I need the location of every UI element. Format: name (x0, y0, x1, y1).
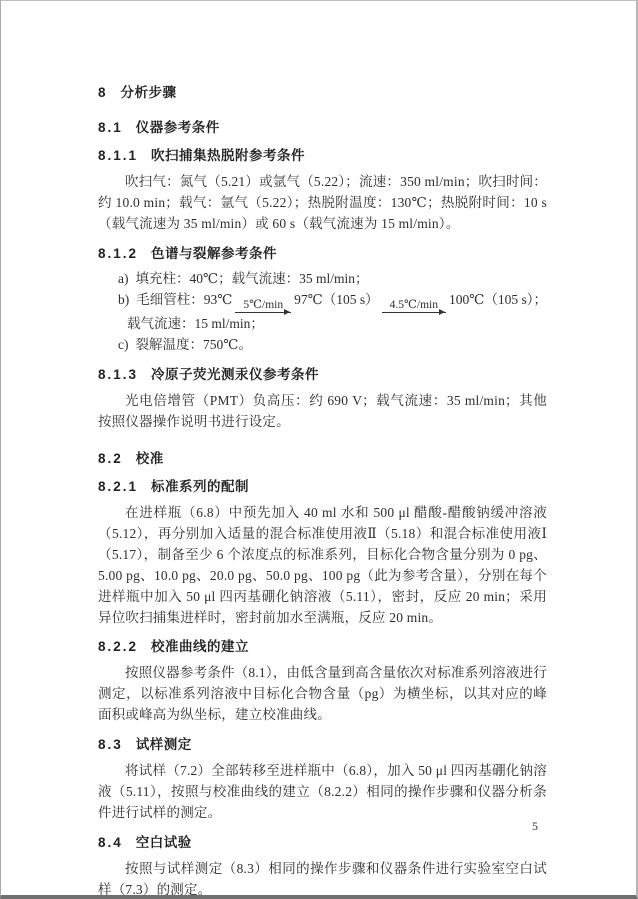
heading-number: 8.2 (98, 451, 123, 466)
heading-title: 冷原子荧光测汞仪参考条件 (151, 367, 319, 382)
list-item-text: 裂解温度：750℃。 (136, 337, 252, 352)
heading-number: 8.4 (98, 835, 123, 850)
temp-ramp-rate: 5℃/min (235, 299, 291, 312)
paragraph-8-3: 将试样（7.2）全部转移至进样瓶中（6.8），加入 50 μl 四丙基硼化钠溶液… (98, 760, 547, 823)
paragraph-8-2-2: 按照仪器参考条件（8.1），由低含量到高含量依次对标准系列溶液进行测定，以标准系… (98, 662, 547, 725)
heading-number: 8.1.2 (98, 246, 138, 261)
paragraph-8-1-3: 光电倍增管（PMT）负高压：约 690 V；载气流速：35 ml/min；其他按… (98, 390, 547, 432)
heading-title: 分析步骤 (121, 85, 177, 100)
section-heading-8-3: 8.3试样测定 (98, 737, 547, 753)
list-item-c: c)裂解温度：750℃。 (98, 334, 547, 355)
section-heading-8-2-1: 8.2.1标准系列的配制 (98, 479, 547, 495)
temp-ramp-1: 5℃/min (235, 299, 291, 313)
list-marker: a) (118, 271, 129, 286)
list-item-a: a)填充柱：40℃；载气流速：35 ml/min； (98, 268, 547, 289)
section-heading-8-2-2: 8.2.2校准曲线的建立 (98, 639, 547, 655)
list-item-text: 97℃（105 s） (294, 292, 379, 307)
right-arrow-icon (235, 312, 291, 313)
heading-number: 8.3 (98, 737, 123, 752)
section-heading-8-4: 8.4空白试验 (98, 835, 547, 851)
heading-title: 空白试验 (136, 835, 192, 850)
section-heading-8-2: 8.2校准 (98, 451, 547, 467)
heading-title: 吹扫捕集热脱附参考条件 (151, 148, 305, 163)
heading-number: 8.1.1 (98, 148, 138, 163)
temp-ramp-2: 4.5℃/min (382, 299, 446, 313)
heading-title: 校准 (136, 451, 164, 466)
temp-ramp-rate: 4.5℃/min (382, 299, 446, 312)
right-arrow-icon (382, 312, 446, 313)
section-heading-8-1-2: 8.1.2色谱与裂解参考条件 (98, 246, 547, 262)
page-content: 8分析步骤 8.1仪器参考条件 8.1.1吹扫捕集热脱附参考条件 吹扫气：氮气（… (98, 85, 547, 899)
condition-list: a)填充柱：40℃；载气流速：35 ml/min； b)毛细管柱：93℃5℃/m… (98, 268, 547, 355)
list-item-text: 毛细管柱：93℃ (136, 292, 232, 307)
heading-number: 8 (98, 85, 108, 100)
list-marker: c) (118, 337, 129, 352)
section-heading-8-1: 8.1仪器参考条件 (98, 120, 547, 136)
paragraph-8-1-1: 吹扫气：氮气（5.21）或氩气（5.22）；流速：350 ml/min；吹扫时间… (98, 171, 547, 234)
section-heading-8-1-3: 8.1.3冷原子荧光测汞仪参考条件 (98, 367, 547, 383)
paragraph-8-4: 按照与试样测定（8.3）相同的操作步骤和仪器条件进行实验室空白试样（7.3）的测… (98, 858, 547, 899)
heading-number: 8.1.3 (98, 367, 138, 382)
list-marker: b) (118, 292, 129, 307)
section-heading-8: 8分析步骤 (98, 85, 547, 101)
page-number: 5 (532, 819, 538, 834)
section-heading-8-1-1: 8.1.1吹扫捕集热脱附参考条件 (98, 148, 547, 164)
list-item-text: 填充柱：40℃；载气流速：35 ml/min； (136, 271, 369, 286)
list-item-b: b)毛细管柱：93℃5℃/min97℃（105 s）4.5℃/min100℃（1… (98, 289, 547, 334)
heading-number: 8.1 (98, 120, 123, 135)
document-page: 8分析步骤 8.1仪器参考条件 8.1.1吹扫捕集热脱附参考条件 吹扫气：氮气（… (0, 0, 638, 899)
heading-title: 校准曲线的建立 (151, 639, 249, 654)
paragraph-8-2-1: 在进样瓶（6.8）中预先加入 40 ml 水和 500 μl 醋酸-醋酸钠缓冲溶… (98, 502, 547, 628)
heading-number: 8.2.1 (98, 479, 138, 494)
heading-title: 仪器参考条件 (136, 120, 220, 135)
heading-title: 标准系列的配制 (151, 479, 249, 494)
heading-number: 8.2.2 (98, 639, 138, 654)
heading-title: 色谱与裂解参考条件 (151, 246, 277, 261)
heading-title: 试样测定 (136, 737, 192, 752)
